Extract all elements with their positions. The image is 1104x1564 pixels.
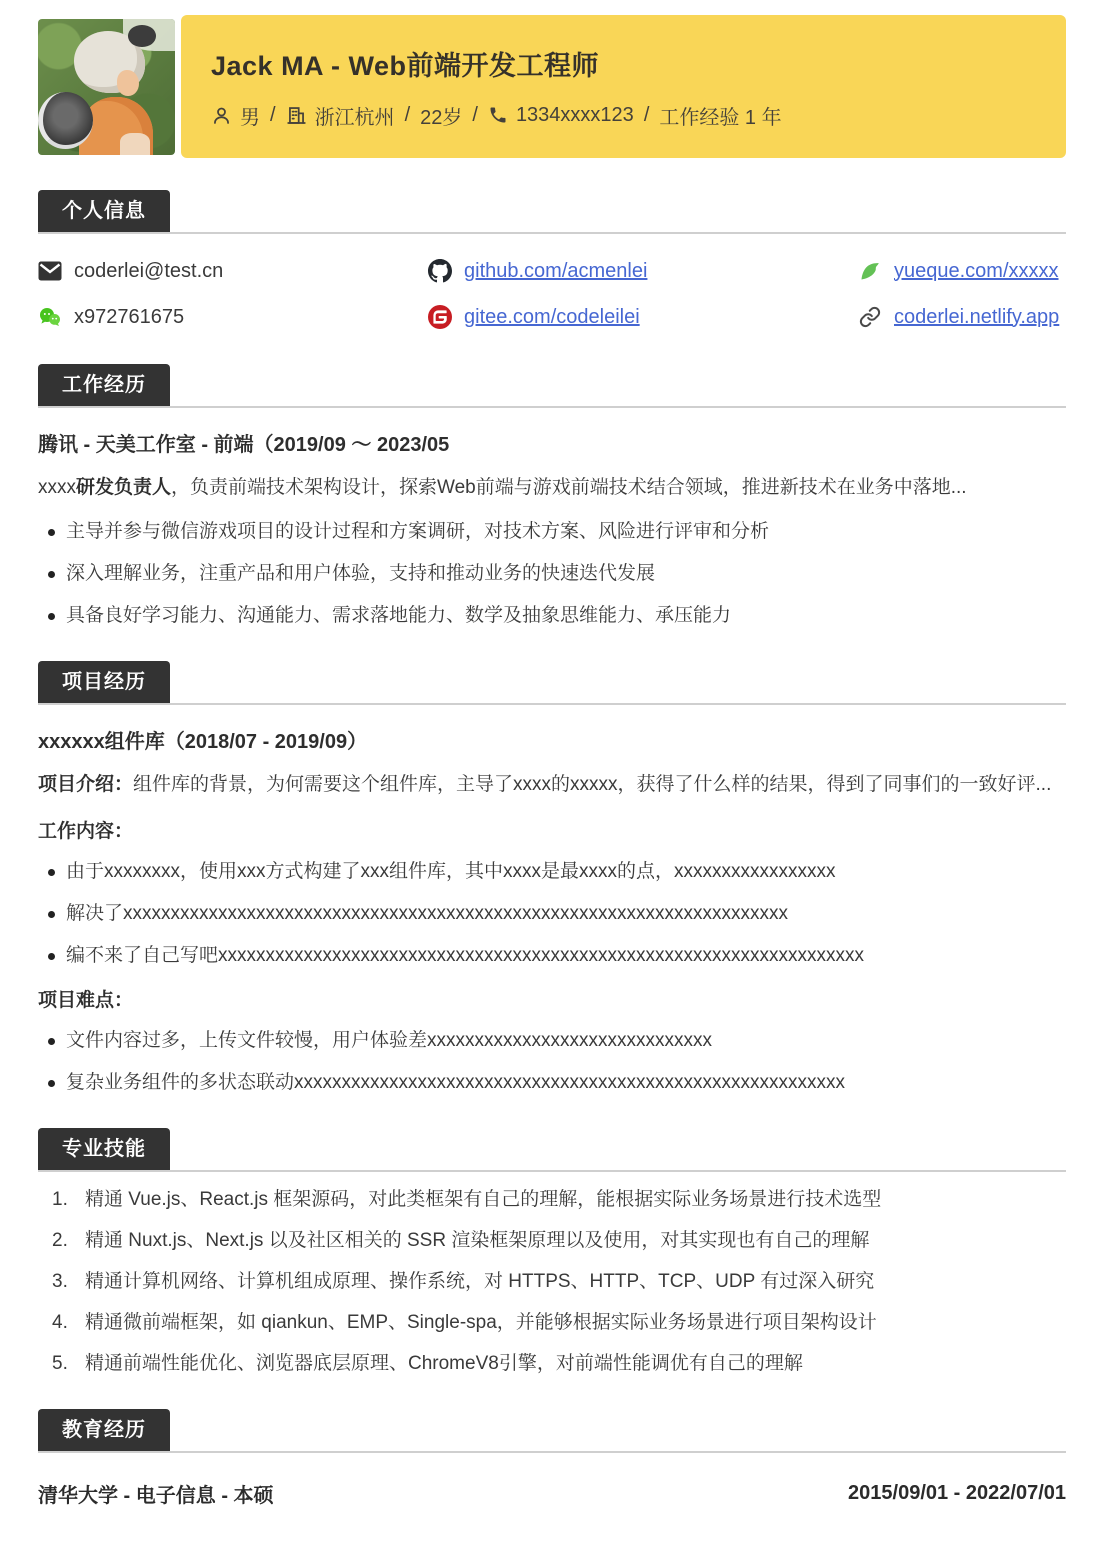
gitee-icon [428,305,452,329]
work-bullet: 主导并参与微信游戏项目的设计过程和方案调研，对技术方案、风险进行评审和分析 [38,519,1066,545]
work-bullet-text: 主导并参与微信游戏项目的设计过程和方案调研，对技术方案、风险进行评审和分析 [66,521,769,542]
link-icon [858,306,882,328]
project-intro-label: 项目介绍： [38,774,133,795]
work-intro-role: 研发负责人 [76,477,171,498]
email-icon [38,261,62,281]
contact-wechat: x972761675 [38,302,428,332]
contact-grid: coderlei@test.cn x972761675 github.com/a… [38,256,1066,332]
meta-separator: / [472,104,478,127]
wechat-icon [38,306,62,328]
project-content-text: 解决了xxxxxxxxxxxxxxxxxxxxxxxxxxxxxxxxxxxxx… [66,903,788,924]
project-difficulty-label: 项目难点： [38,985,1066,1012]
work-title: 腾讯 - 天美工作室 - 前端（2019/09 ～ 2023/05 [38,428,1066,457]
work-bullet: 深入理解业务，注重产品和用户体验，支持和推动业务的快速迭代发展 [38,561,1066,587]
contact-gitee: gitee.com/codeleilei [428,302,858,332]
phone-value: 1334xxxx123 [516,104,634,127]
skill-text: 精通 Vue.js、React.js 框架源码，对此类框架有自己的理解，能根据实… [85,1189,881,1210]
section-personal-info: 个人信息 [38,190,1066,234]
age-value: 22岁 [420,101,462,130]
project-difficulty-bullet: 文件内容过多，上传文件较慢，用户体验差xxxxxxxxxxxxxxxxxxxxx… [38,1028,1066,1054]
yuque-icon [858,259,882,283]
skill-text: 精通前端性能优化、浏览器底层原理、ChromeV8引擎，对前端性能调优有自己的理… [85,1353,803,1374]
meta-separator: / [270,104,276,127]
resume-header: Jack MA - Web前端开发工程师 男 / 浙江杭州 / 22岁 / 13… [38,15,1066,158]
phone-icon [488,105,508,125]
gender-value: 男 [240,101,260,130]
contact-website: coderlei.netlify.app [858,302,1066,332]
work-bullet-text: 深入理解业务，注重产品和用户体验，支持和推动业务的快速迭代发展 [66,563,655,584]
building-icon [286,105,307,126]
contact-yuque: yueque.com/xxxxx [858,256,1066,286]
photo-face [117,70,139,96]
project-difficulty-list: 文件内容过多，上传文件较慢，用户体验差xxxxxxxxxxxxxxxxxxxxx… [38,1028,1066,1096]
section-badge-personal: 个人信息 [38,190,170,232]
experience-value: 工作经验 1 年 [659,101,781,130]
location-value: 浙江杭州 [315,101,395,130]
section-skills: 专业技能 [38,1128,1066,1172]
project-content-bullet: 解决了xxxxxxxxxxxxxxxxxxxxxxxxxxxxxxxxxxxxx… [38,901,1066,927]
section-education: 教育经历 [38,1409,1066,1453]
skill-text: 精通 Nuxt.js、Next.js 以及社区相关的 SSR 渲染框架原理以及使… [85,1230,869,1251]
project-content-label: 工作内容： [38,816,1066,843]
header-banner: Jack MA - Web前端开发工程师 男 / 浙江杭州 / 22岁 / 13… [181,15,1066,158]
section-badge-skills: 专业技能 [38,1128,170,1170]
project-content-text: 编不来了自己写吧xxxxxxxxxxxxxxxxxxxxxxxxxxxxxxxx… [66,945,864,966]
meta-separator: / [644,104,650,127]
project-content-text: 由于xxxxxxxx，使用xxx方式构建了xxx组件库，其中xxxx是最xxxx… [66,861,836,882]
skill-item: 精通计算机网络、计算机组成原理、操作系统，对 HTTPS、HTTP、TCP、UD… [38,1269,1066,1295]
skills-list: 精通 Vue.js、React.js 框架源码，对此类框架有自己的理解，能根据实… [38,1187,1066,1377]
skill-item: 精通微前端框架，如 qiankun、EMP、Single-spa，并能够根据实际… [38,1310,1066,1336]
project-difficulty-text: 复杂业务组件的多状态联动xxxxxxxxxxxxxxxxxxxxxxxxxxxx… [66,1072,845,1093]
project-title: xxxxxx组件库（2018/07 - 2019/09） [38,725,1066,754]
github-link[interactable]: github.com/acmenlei [464,260,647,283]
skill-item: 精通前端性能优化、浏览器底层原理、ChromeV8引擎，对前端性能调优有自己的理… [38,1351,1066,1377]
candidate-meta: 男 / 浙江杭州 / 22岁 / 1334xxxx123 / 工作经验 1 年 [211,101,1036,130]
project-content-bullet: 编不来了自己写吧xxxxxxxxxxxxxxxxxxxxxxxxxxxxxxxx… [38,943,1066,969]
website-link[interactable]: coderlei.netlify.app [894,306,1059,329]
project-content-list: 由于xxxxxxxx，使用xxx方式构建了xxx组件库，其中xxxx是最xxxx… [38,859,1066,969]
project-difficulty-text: 文件内容过多，上传文件较慢，用户体验差xxxxxxxxxxxxxxxxxxxxx… [66,1030,712,1051]
contact-email: coderlei@test.cn [38,256,428,286]
contact-github: github.com/acmenlei [428,256,858,286]
section-badge-education: 教育经历 [38,1409,170,1451]
work-bullet-text: 具备良好学习能力、沟通能力、需求落地能力、数学及抽象思维能力、承压能力 [66,605,731,626]
project-content-bullet: 由于xxxxxxxx，使用xxx方式构建了xxx组件库，其中xxxx是最xxxx… [38,859,1066,885]
skill-text: 精通计算机网络、计算机组成原理、操作系统，对 HTTPS、HTTP、TCP、UD… [85,1271,874,1292]
education-row: 清华大学 - 电子信息 - 本硕 2015/09/01 - 2022/07/01 [38,1479,1066,1508]
candidate-name-title: Jack MA - Web前端开发工程师 [211,44,1036,83]
project-intro-text: 组件库的背景，为何需要这个组件库，主导了xxxx的xxxxx，获得了什么样的结果… [133,774,1051,795]
photo-arm [120,133,150,155]
skill-item: 精通 Vue.js、React.js 框架源码，对此类框架有自己的理解，能根据实… [38,1187,1066,1213]
section-work-experience: 工作经历 [38,364,1066,408]
yuque-link[interactable]: yueque.com/xxxxx [894,260,1059,283]
photo-cap [128,25,155,47]
github-icon [428,259,452,283]
education-dates: 2015/09/01 - 2022/07/01 [848,1482,1066,1505]
work-intro-prefix: xxxx [38,477,76,498]
photo-ball [38,92,93,149]
skill-text: 精通微前端框架，如 qiankun、EMP、Single-spa，并能够根据实际… [85,1312,877,1333]
project-intro: 项目介绍：组件库的背景，为何需要这个组件库，主导了xxxx的xxxxx，获得了什… [38,770,1066,800]
meta-separator: / [405,104,411,127]
gitee-link[interactable]: gitee.com/codeleilei [464,306,640,329]
person-icon [211,105,232,126]
section-project-experience: 项目经历 [38,661,1066,705]
work-bullet-list: 主导并参与微信游戏项目的设计过程和方案调研，对技术方案、风险进行评审和分析 深入… [38,519,1066,629]
section-badge-work: 工作经历 [38,364,170,406]
work-intro-rest: ，负责前端技术架构设计，探索Web前端与游戏前端技术结合领域，推进新技术在业务中… [171,477,967,498]
work-bullet: 具备良好学习能力、沟通能力、需求落地能力、数学及抽象思维能力、承压能力 [38,603,1066,629]
profile-photo [38,19,175,155]
work-intro: xxxx研发负责人，负责前端技术架构设计，探索Web前端与游戏前端技术结合领域，… [38,473,1066,503]
project-difficulty-bullet: 复杂业务组件的多状态联动xxxxxxxxxxxxxxxxxxxxxxxxxxxx… [38,1070,1066,1096]
skill-item: 精通 Nuxt.js、Next.js 以及社区相关的 SSR 渲染框架原理以及使… [38,1228,1066,1254]
email-value: coderlei@test.cn [74,260,223,283]
wechat-value: x972761675 [74,306,184,329]
education-school: 清华大学 - 电子信息 - 本硕 [38,1479,274,1508]
section-badge-project: 项目经历 [38,661,170,703]
